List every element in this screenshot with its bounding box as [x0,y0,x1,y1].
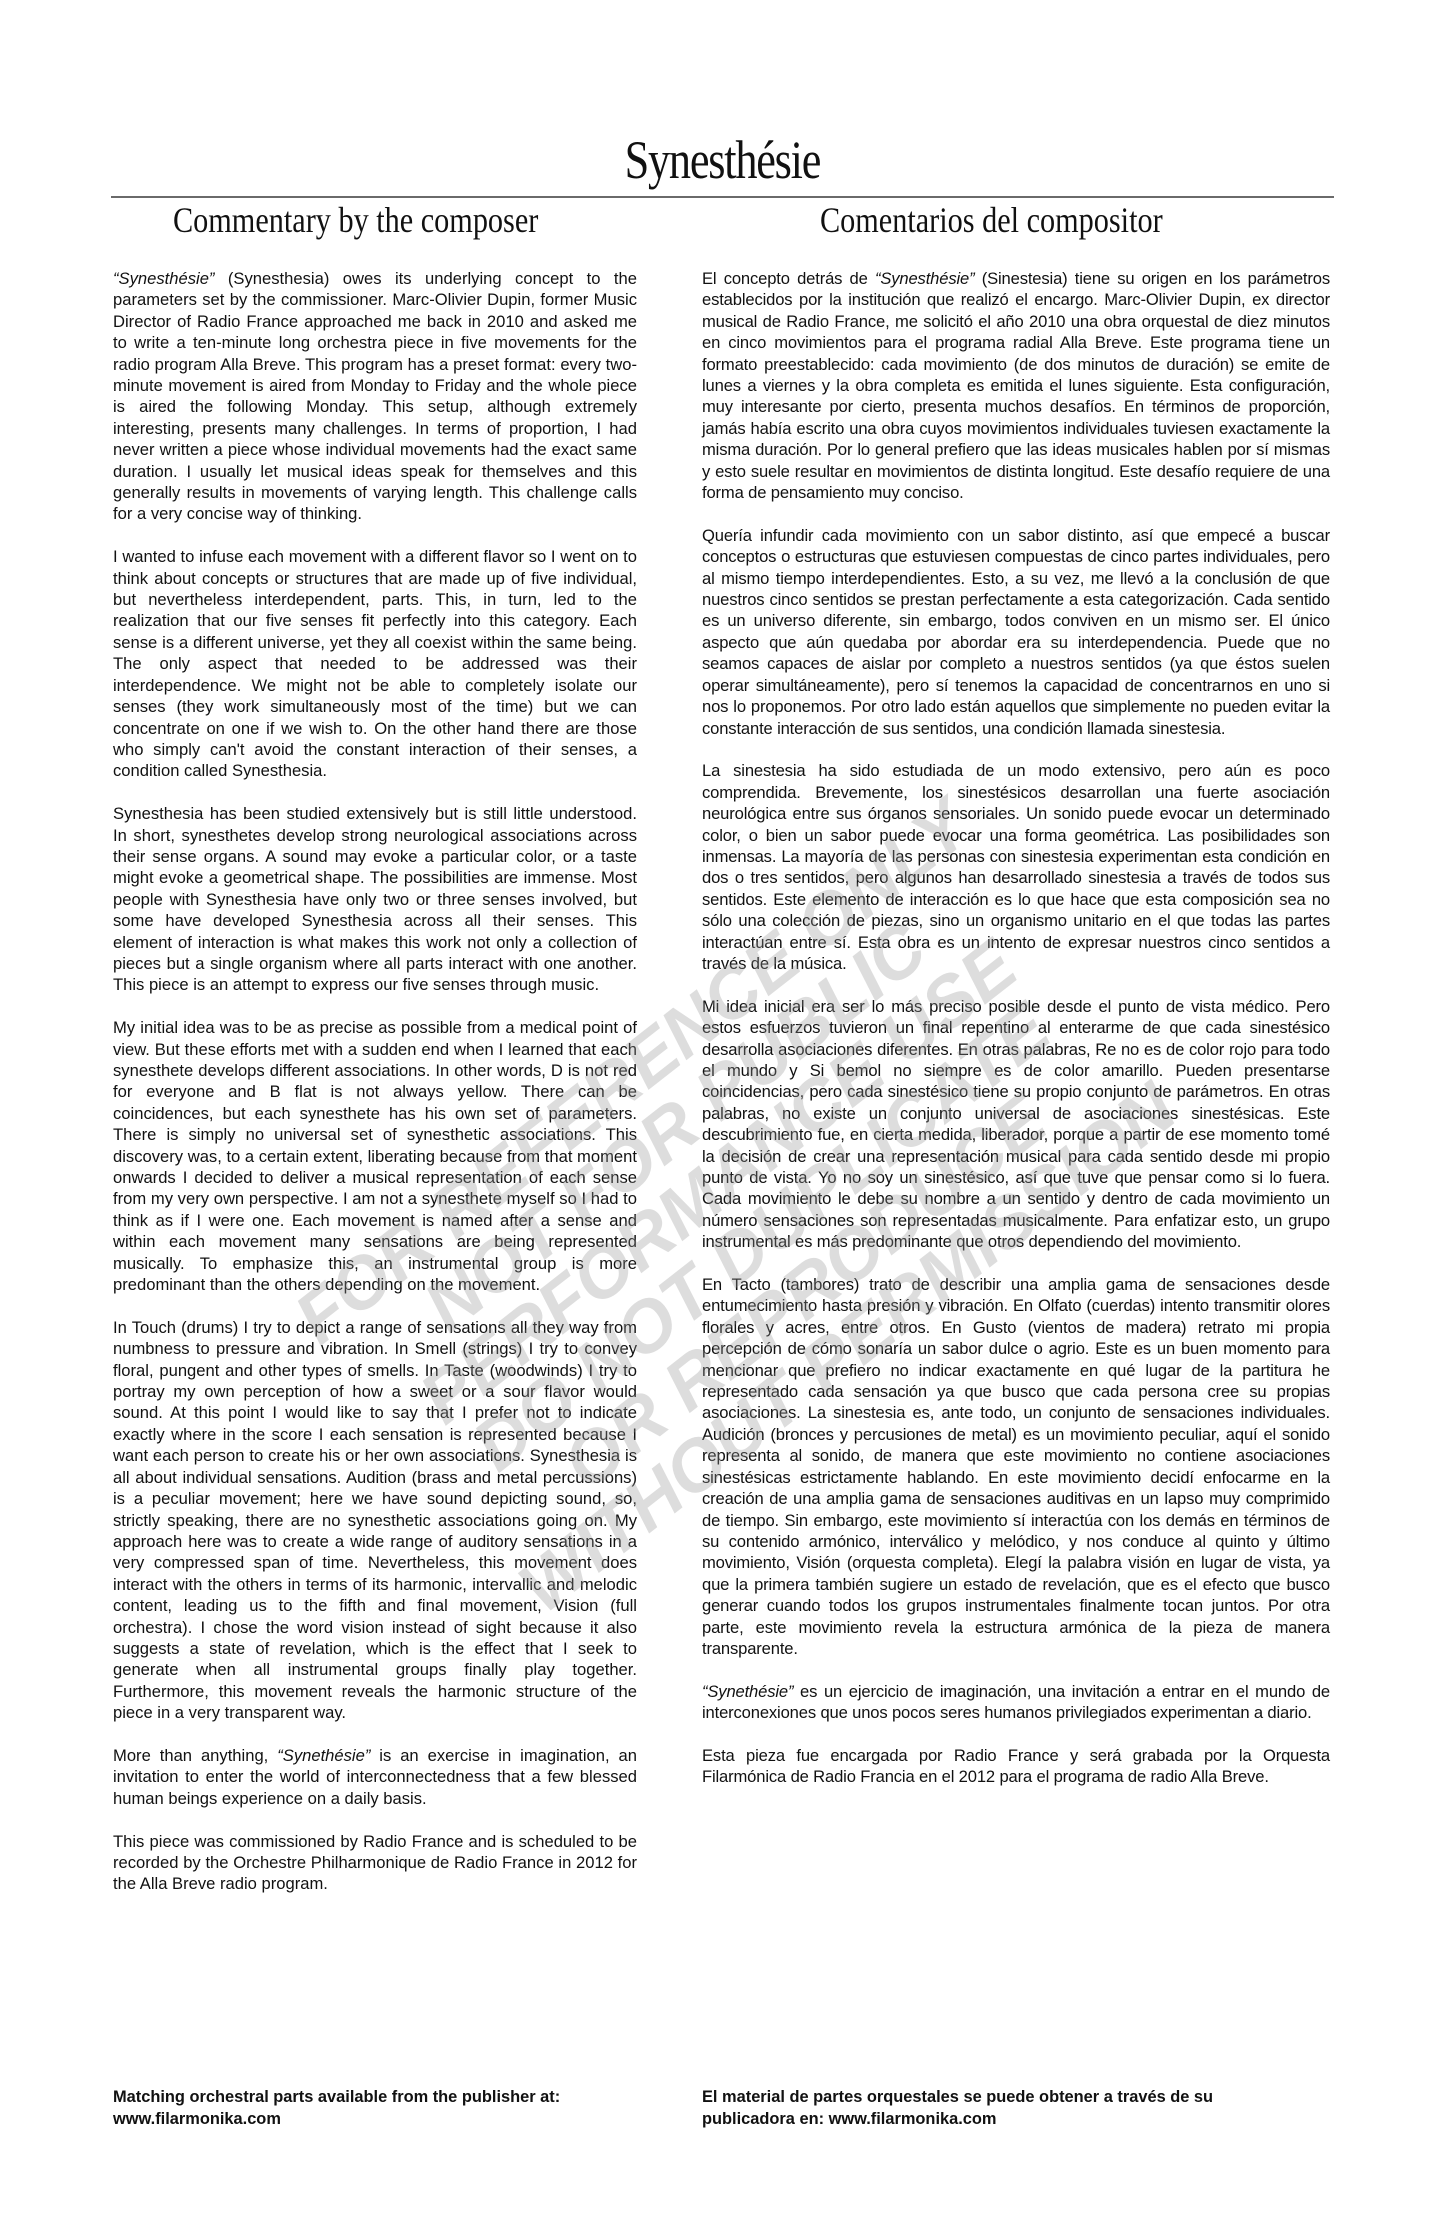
paragraph: Synesthesia has been studied extensively… [113,803,637,996]
english-publisher-note: Matching orchestral parts available from… [113,2087,673,2130]
spanish-publisher-note: El material de partes orquestales se pue… [702,2087,1302,2130]
paragraph: Esta pieza fue encargada por Radio Franc… [702,1745,1330,1788]
publisher-note-text: El material de partes orquestales se pue… [702,2087,1302,2109]
italic-title: “Synesthésie” [875,269,975,288]
italic-title: “Synethésie” [702,1682,793,1701]
publisher-note-text: Matching orchestral parts available from… [113,2087,673,2109]
page-title: Synesthésie [130,130,1315,190]
english-column: “Synesthésie” (Synesthesia) owes its und… [113,268,637,1916]
publisher-url-link[interactable]: publicadora en: www.filarmonika.com [702,2109,1302,2131]
paragraph: En Tacto (tambores) trato de describir u… [702,1274,1330,1659]
paragraph: “Synesthésie” (Synesthesia) owes its und… [113,268,637,525]
paragraph: El concepto detrás de “Synesthésie” (Sin… [702,268,1330,503]
paragraph: Quería infundir cada movimiento con un s… [702,525,1330,739]
paragraph: My initial idea was to be as precise as … [113,1017,637,1295]
spanish-column: El concepto detrás de “Synesthésie” (Sin… [702,268,1330,1809]
paragraph: This piece was commissioned by Radio Fra… [113,1831,637,1895]
publisher-url-link[interactable]: www.filarmonika.com [113,2109,673,2131]
english-heading: Commentary by the composer [173,198,538,242]
paragraph: More than anything, “Synethésie” is an e… [113,1745,637,1809]
paragraph: La sinestesia ha sido estudiada de un mo… [702,760,1330,974]
italic-title: “Synesthésie” [113,269,214,288]
paragraph: Mi idea inicial era ser lo más preciso p… [702,996,1330,1253]
spanish-heading: Comentarios del compositor [820,198,1163,242]
paragraph: In Touch (drums) I try to depict a range… [113,1317,637,1724]
italic-title: “Synethésie” [277,1746,370,1765]
paragraph: “Synethésie” es un ejercicio de imaginac… [702,1681,1330,1724]
paragraph: I wanted to infuse each movement with a … [113,546,637,781]
